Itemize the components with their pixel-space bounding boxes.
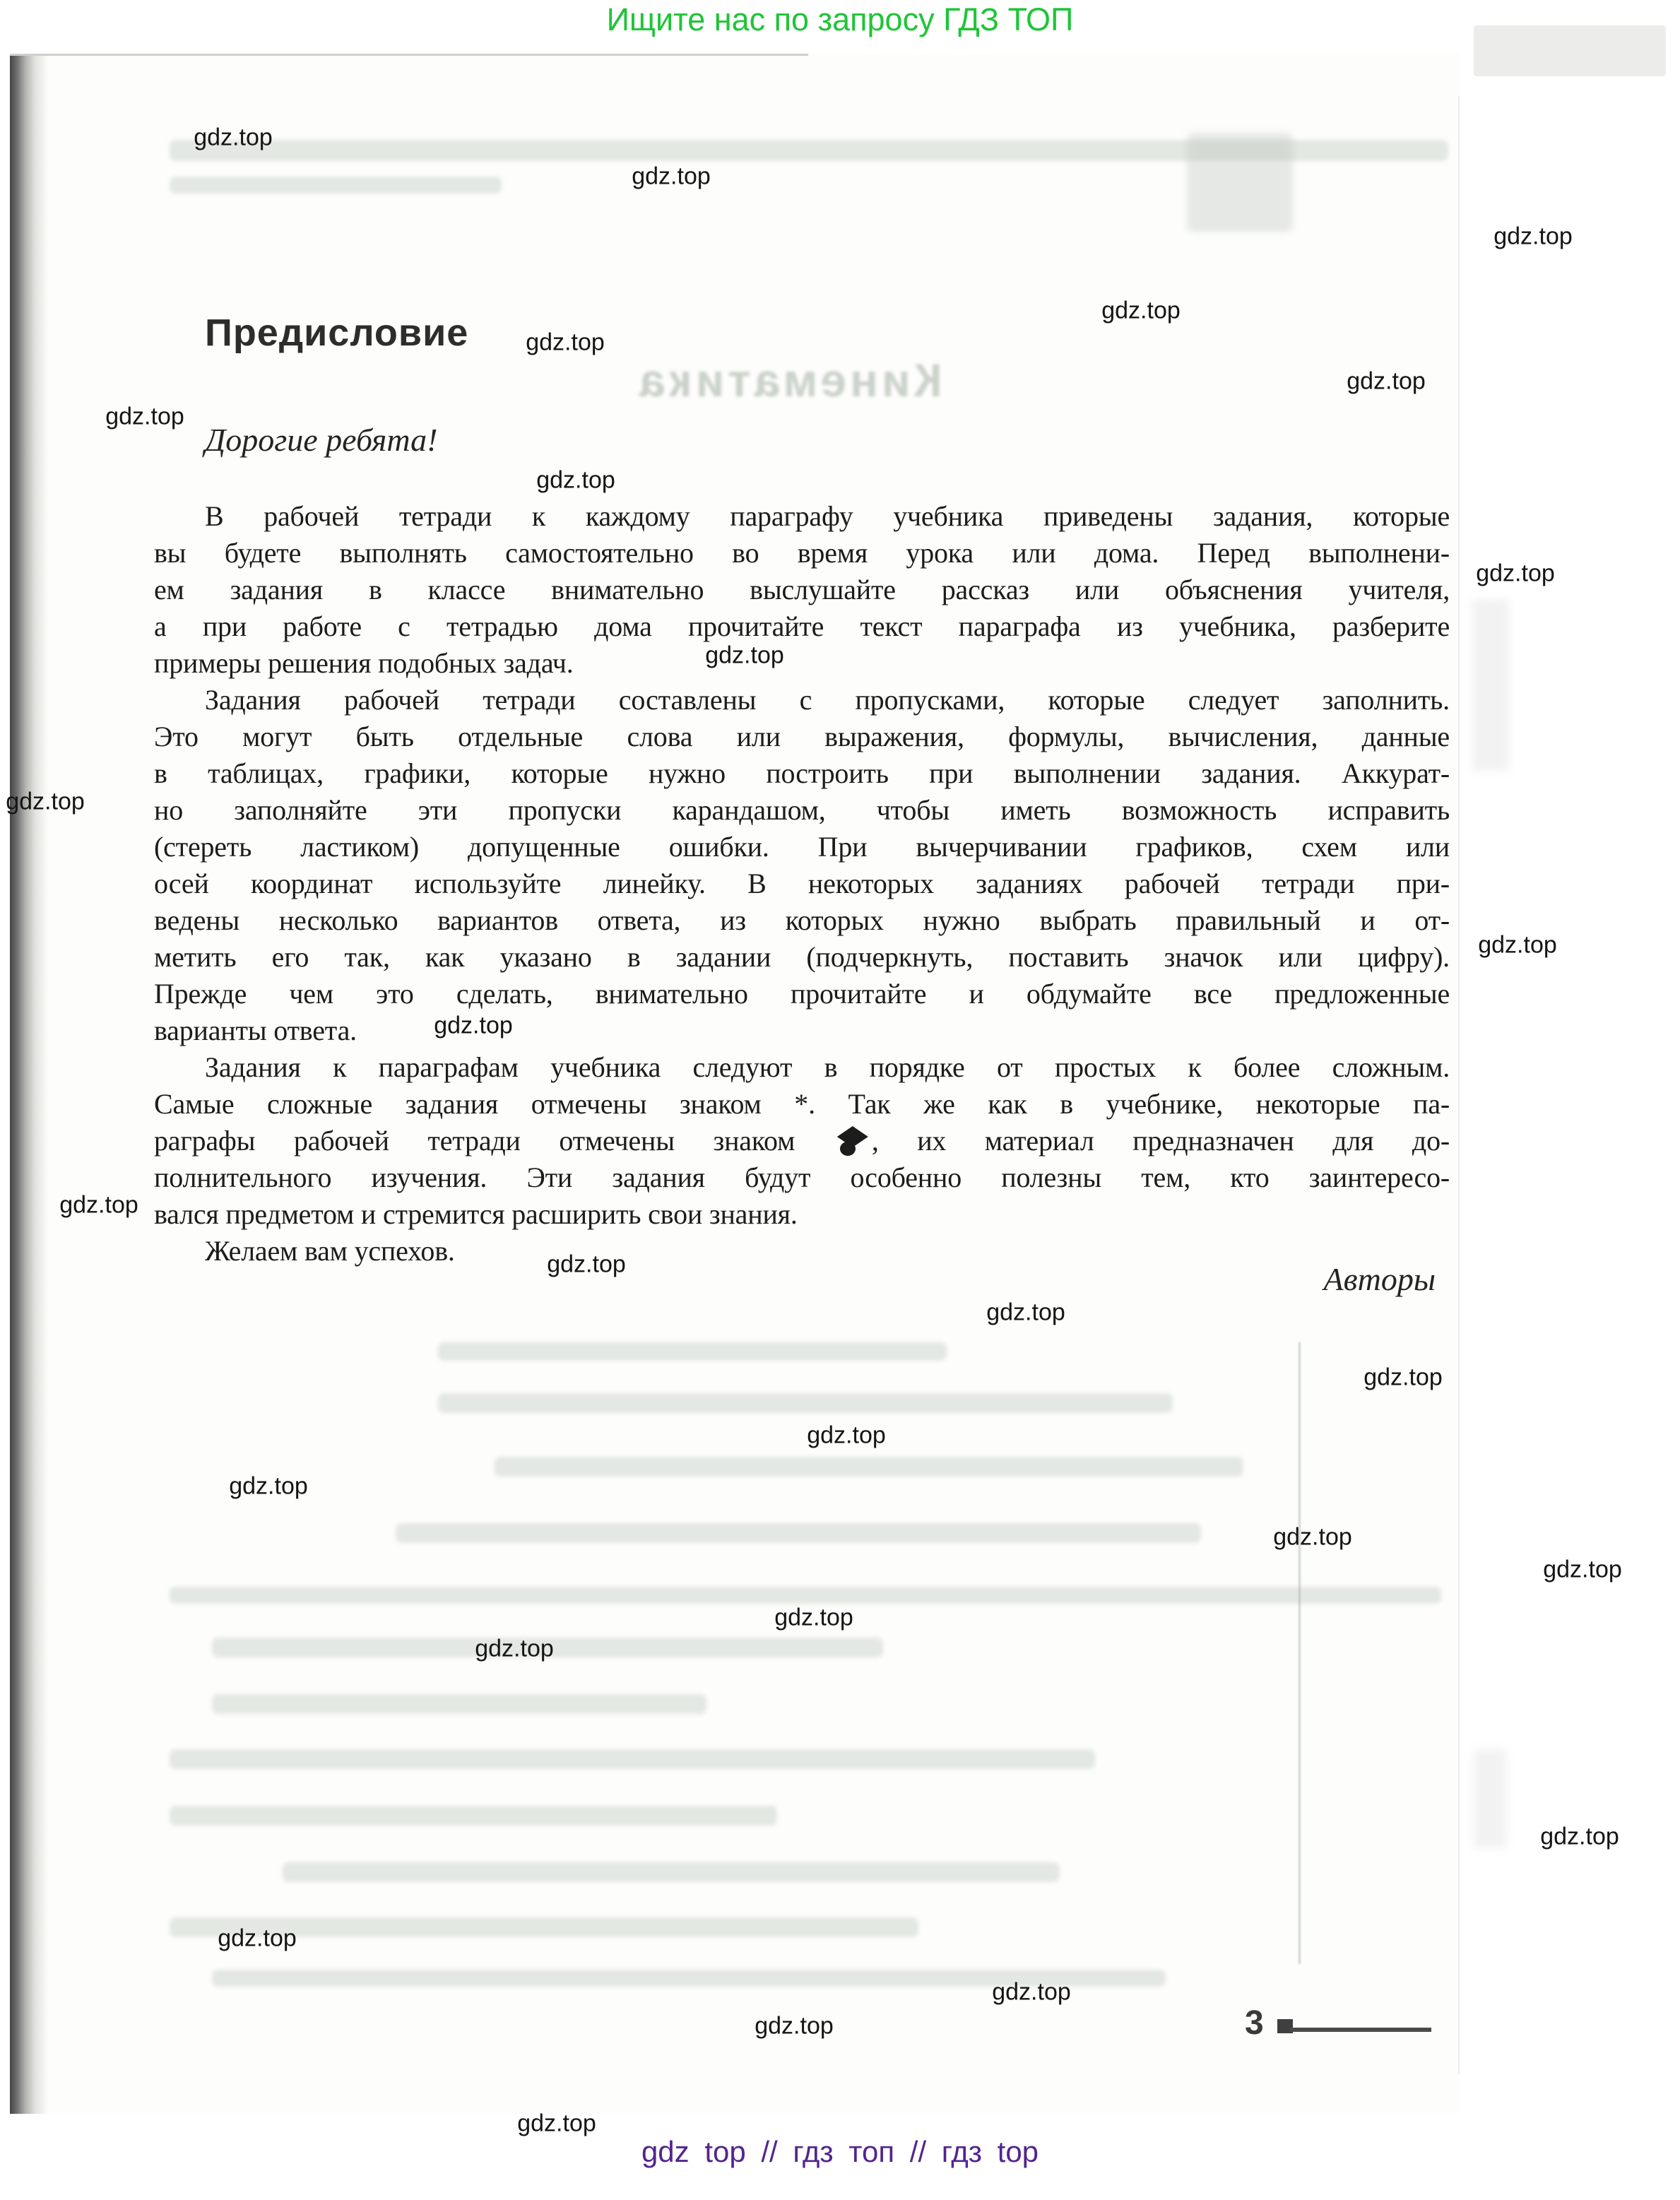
watermark: gdz.top: [1347, 368, 1426, 396]
watermark: gdz.top: [194, 124, 273, 152]
watermark: gdz.top: [986, 1299, 1065, 1327]
watermark: gdz.top: [229, 1473, 308, 1501]
watermark: gdz.top: [1478, 932, 1557, 959]
bleed-through-line: [170, 1749, 1095, 1769]
scanned-page-screenshot: Ищите нас по запросу ГДЗ ТОП Кинематика …: [0, 0, 1680, 2200]
bleed-through-line: [212, 1694, 706, 1714]
scan-edge-smudge: [1472, 599, 1509, 771]
watermark: gdz.top: [705, 642, 784, 670]
page-right-edge: [1458, 96, 1460, 2074]
page-number: 3: [1245, 2004, 1264, 2042]
paragraph-line: метить его так, как указано в задании (п…: [154, 939, 1450, 976]
grad-cap-icon: [836, 1126, 870, 1156]
paragraph: Задания к параграфам учебника следуют в …: [154, 1049, 1450, 1233]
watermark: gdz.top: [632, 163, 711, 191]
paragraph-line: но заполняйте эти пропуски карандашом, ч…: [154, 792, 1450, 829]
promo-banner-top: Ищите нас по запросу ГДЗ ТОП: [0, 1, 1680, 38]
watermark: gdz.top: [755, 2013, 834, 2040]
watermark: gdz.top: [536, 467, 615, 495]
paragraph-line: в таблицах, графики, которые нужно постр…: [154, 755, 1450, 792]
watermark: gdz.top: [1543, 1556, 1622, 1584]
watermark: gdz.top: [1493, 223, 1573, 251]
paragraph-line: примеры решения подобных задач.: [154, 645, 1450, 682]
paragraph-line: Прежде чем это сделать, внимательно проч…: [154, 976, 1450, 1012]
watermark: gdz.top: [807, 1422, 886, 1450]
bleed-through-line: [170, 1587, 1441, 1604]
bleed-through-line: [170, 1806, 777, 1826]
page-number-rule: [1290, 2028, 1431, 2032]
watermark: gdz.top: [1476, 560, 1555, 588]
paragraph-line: раграфы рабочей тетради отмечены знаком …: [154, 1123, 1450, 1159]
paragraph-line: варианты ответа.: [154, 1012, 1450, 1049]
preface-heading: Предисловие: [205, 311, 468, 355]
watermark: gdz.top: [517, 2110, 596, 2138]
scan-edge-smudge: [1474, 1749, 1506, 1848]
watermark: gdz.top: [475, 1636, 554, 1663]
watermark: gdz.top: [992, 1979, 1071, 2006]
bleed-through-band: [170, 177, 502, 194]
paragraph-line: Это могут быть отдельные слова или выраж…: [154, 718, 1450, 755]
watermark: gdz.top: [1540, 1823, 1619, 1851]
watermark: gdz.top: [526, 329, 605, 357]
watermark: gdz.top: [774, 1604, 853, 1632]
book-page-scan: Кинематика Предисловие Дорогие ребята! В…: [10, 54, 1460, 2114]
paragraph-line: Задания рабочей тетради составлены с про…: [154, 682, 1450, 718]
watermark: gdz.top: [59, 1192, 138, 1219]
watermark: gdz.top: [1363, 1364, 1443, 1392]
paragraph-line: вался предметом и стремится расширить св…: [154, 1196, 1450, 1233]
promo-banner-bottom: gdz top // гдз топ // гдз top: [0, 2135, 1680, 2169]
paragraph-line: ем задания в классе внимательно выслушай…: [154, 572, 1450, 608]
bleed-through-line: [283, 1862, 1060, 1882]
paragraph-line: В рабочей тетради к каждому параграфу уч…: [154, 498, 1450, 535]
bleed-through-line: [495, 1457, 1243, 1477]
bleed-through-chapter-badge: [1187, 133, 1293, 232]
book-spine-shadow: [10, 54, 48, 2114]
paragraph-line: Задания к параграфам учебника следуют в …: [154, 1049, 1450, 1086]
bleed-through-line: [438, 1393, 1173, 1413]
watermark: gdz.top: [6, 788, 85, 816]
paragraph-line: ведены несколько вариантов ответа, из ко…: [154, 902, 1450, 939]
paragraph-line: а при работе с тетрадью дома прочитайте …: [154, 608, 1450, 645]
scan-corner-smudge: [1474, 25, 1666, 76]
bleed-through-line: [396, 1523, 1201, 1543]
page-top-edge: [10, 54, 808, 56]
watermark: gdz.top: [547, 1251, 626, 1279]
watermark: gdz.top: [218, 1925, 297, 1953]
paragraph: В рабочей тетради к каждому параграфу уч…: [154, 498, 1450, 682]
paragraph-line: вы будете выполнять самостоятельно во вр…: [154, 535, 1450, 572]
watermark: gdz.top: [1273, 1524, 1352, 1551]
bleed-through-chapter-title: Кинематика: [636, 353, 942, 407]
paragraph-line: Самые сложные задания отмечены знаком *.…: [154, 1086, 1450, 1123]
bleed-through-rule: [1299, 1342, 1301, 1964]
paragraph-line: (стереть ластиком) допущенные ошибки. Пр…: [154, 829, 1450, 865]
paragraph-line: осей координат используйте линейку. В не…: [154, 865, 1450, 902]
body-text: В рабочей тетради к каждому параграфу уч…: [154, 498, 1450, 1270]
salutation-line: Дорогие ребята!: [205, 421, 437, 459]
watermark: gdz.top: [105, 403, 184, 431]
watermark: gdz.top: [434, 1012, 513, 1040]
watermark: gdz.top: [1101, 297, 1181, 325]
bleed-through-line: [438, 1342, 947, 1361]
authors-signature: Авторы: [154, 1260, 1436, 1298]
paragraph: Задания рабочей тетради составлены с про…: [154, 682, 1450, 1049]
paragraph-line: полнительного изучения. Эти задания буду…: [154, 1159, 1450, 1196]
